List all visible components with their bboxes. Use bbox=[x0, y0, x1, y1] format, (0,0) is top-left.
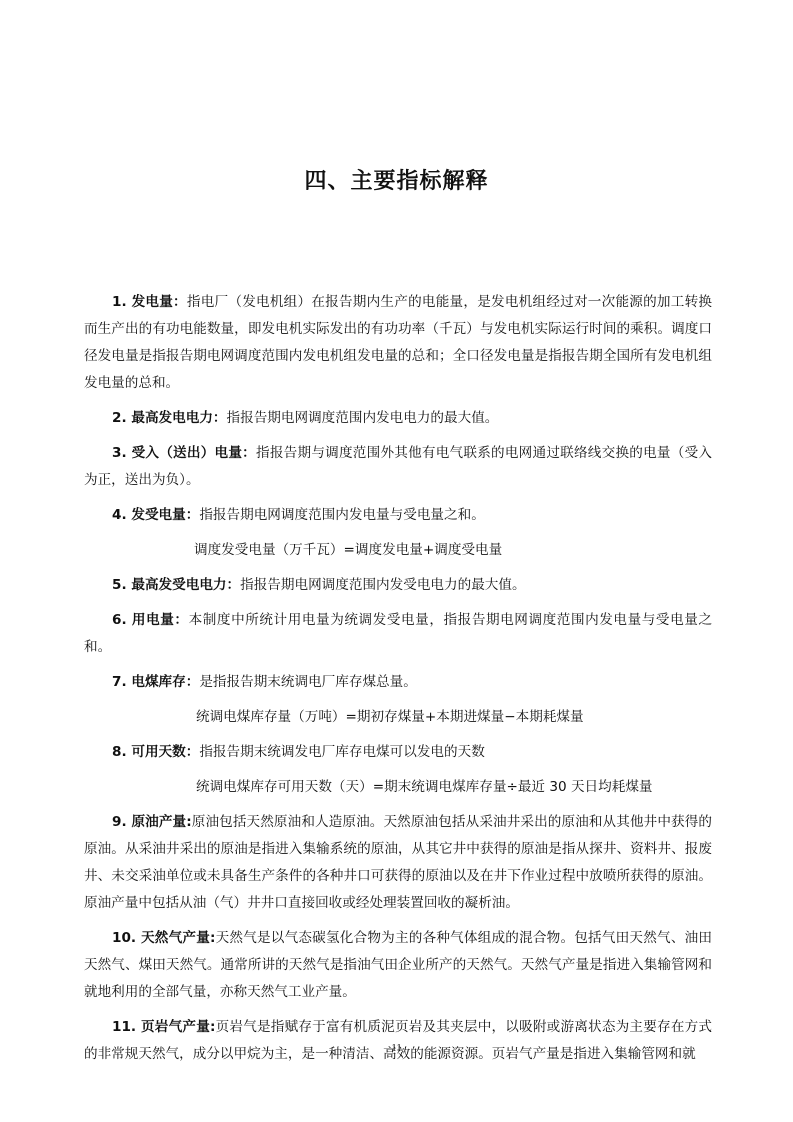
indicator-term: 10. 天然气产量: bbox=[112, 930, 215, 946]
indicator-10: 10. 天然气产量:天然气是以气态碳氢化合物为主的各种气体组成的混合物。包括气田… bbox=[84, 925, 712, 1006]
formula-7: 统调电煤库存量（万吨）=期初存煤量+本期进煤量−本期耗煤量 bbox=[84, 704, 712, 731]
indicator-text: 指报告期电网调度范围内发电量与受电量之和。 bbox=[199, 507, 484, 523]
indicator-term: 9. 原油产量: bbox=[112, 814, 192, 830]
indicator-3: 3. 受入（送出）电量：指报告期与调度范围外其他有电气联系的电网通过联络线交换的… bbox=[84, 440, 712, 494]
formula-4: 调度发受电量（万千瓦）=调度发电量+调度受电量 bbox=[84, 537, 712, 564]
indicator-text: 指报告期电网调度范围内发电电力的最大值。 bbox=[227, 410, 499, 426]
indicator-11: 11. 页岩气产量:页岩气是指赋存于富有机质泥页岩及其夹层中，以吸附或游离状态为… bbox=[84, 1014, 712, 1068]
indicator-term: 4. 发受电量： bbox=[112, 507, 199, 523]
indicator-term: 6. 用电量： bbox=[112, 612, 189, 628]
indicator-text: 指报告期末统调发电厂库存电煤可以发电的天数 bbox=[199, 744, 484, 760]
indicator-2: 2. 最高发电电力：指报告期电网调度范围内发电电力的最大值。 bbox=[84, 405, 712, 432]
indicator-1: 1. 发电量：指电厂（发电机组）在报告期内生产的电能量，是发电机组经过对一次能源… bbox=[84, 289, 712, 397]
indicator-7: 7. 电煤库存：是指报告期末统调电厂库存煤总量。 bbox=[84, 669, 712, 696]
indicator-5: 5. 最高发受电电力：指报告期电网调度范围内发受电电力的最大值。 bbox=[84, 572, 712, 599]
section-title: 四、主要指标解释 bbox=[0, 164, 793, 195]
indicator-8: 8. 可用天数：指报告期末统调发电厂库存电煤可以发电的天数 bbox=[84, 739, 712, 766]
indicator-term: 11. 页岩气产量: bbox=[112, 1019, 215, 1035]
page-number: 11 bbox=[0, 1042, 793, 1054]
indicator-6: 6. 用电量：本制度中所统计用电量为统调发受电量，指报告期电网调度范围内发电量与… bbox=[84, 607, 712, 661]
indicator-term: 3. 受入（送出）电量： bbox=[112, 445, 256, 461]
indicator-term: 1. 发电量： bbox=[112, 294, 187, 310]
indicator-list: 1. 发电量：指电厂（发电机组）在报告期内生产的电能量，是发电机组经过对一次能源… bbox=[84, 289, 712, 1068]
indicator-term: 5. 最高发受电电力： bbox=[112, 577, 240, 593]
indicator-text: 是指报告期末统调电厂库存煤总量。 bbox=[199, 674, 417, 690]
indicator-term: 2. 最高发电电力： bbox=[112, 410, 227, 426]
indicator-text: 指报告期电网调度范围内发受电电力的最大值。 bbox=[240, 577, 525, 593]
indicator-4: 4. 发受电量：指报告期电网调度范围内发电量与受电量之和。 bbox=[84, 502, 712, 529]
indicator-term: 7. 电煤库存： bbox=[112, 674, 199, 690]
indicator-term: 8. 可用天数： bbox=[112, 744, 199, 760]
formula-8: 统调电煤库存可用天数（天）=期末统调电煤库存量÷最近 30 天日均耗煤量 bbox=[84, 774, 712, 801]
indicator-9: 9. 原油产量:原油包括天然原油和人造原油。天然原油包括从采油井采出的原油和从其… bbox=[84, 809, 712, 917]
